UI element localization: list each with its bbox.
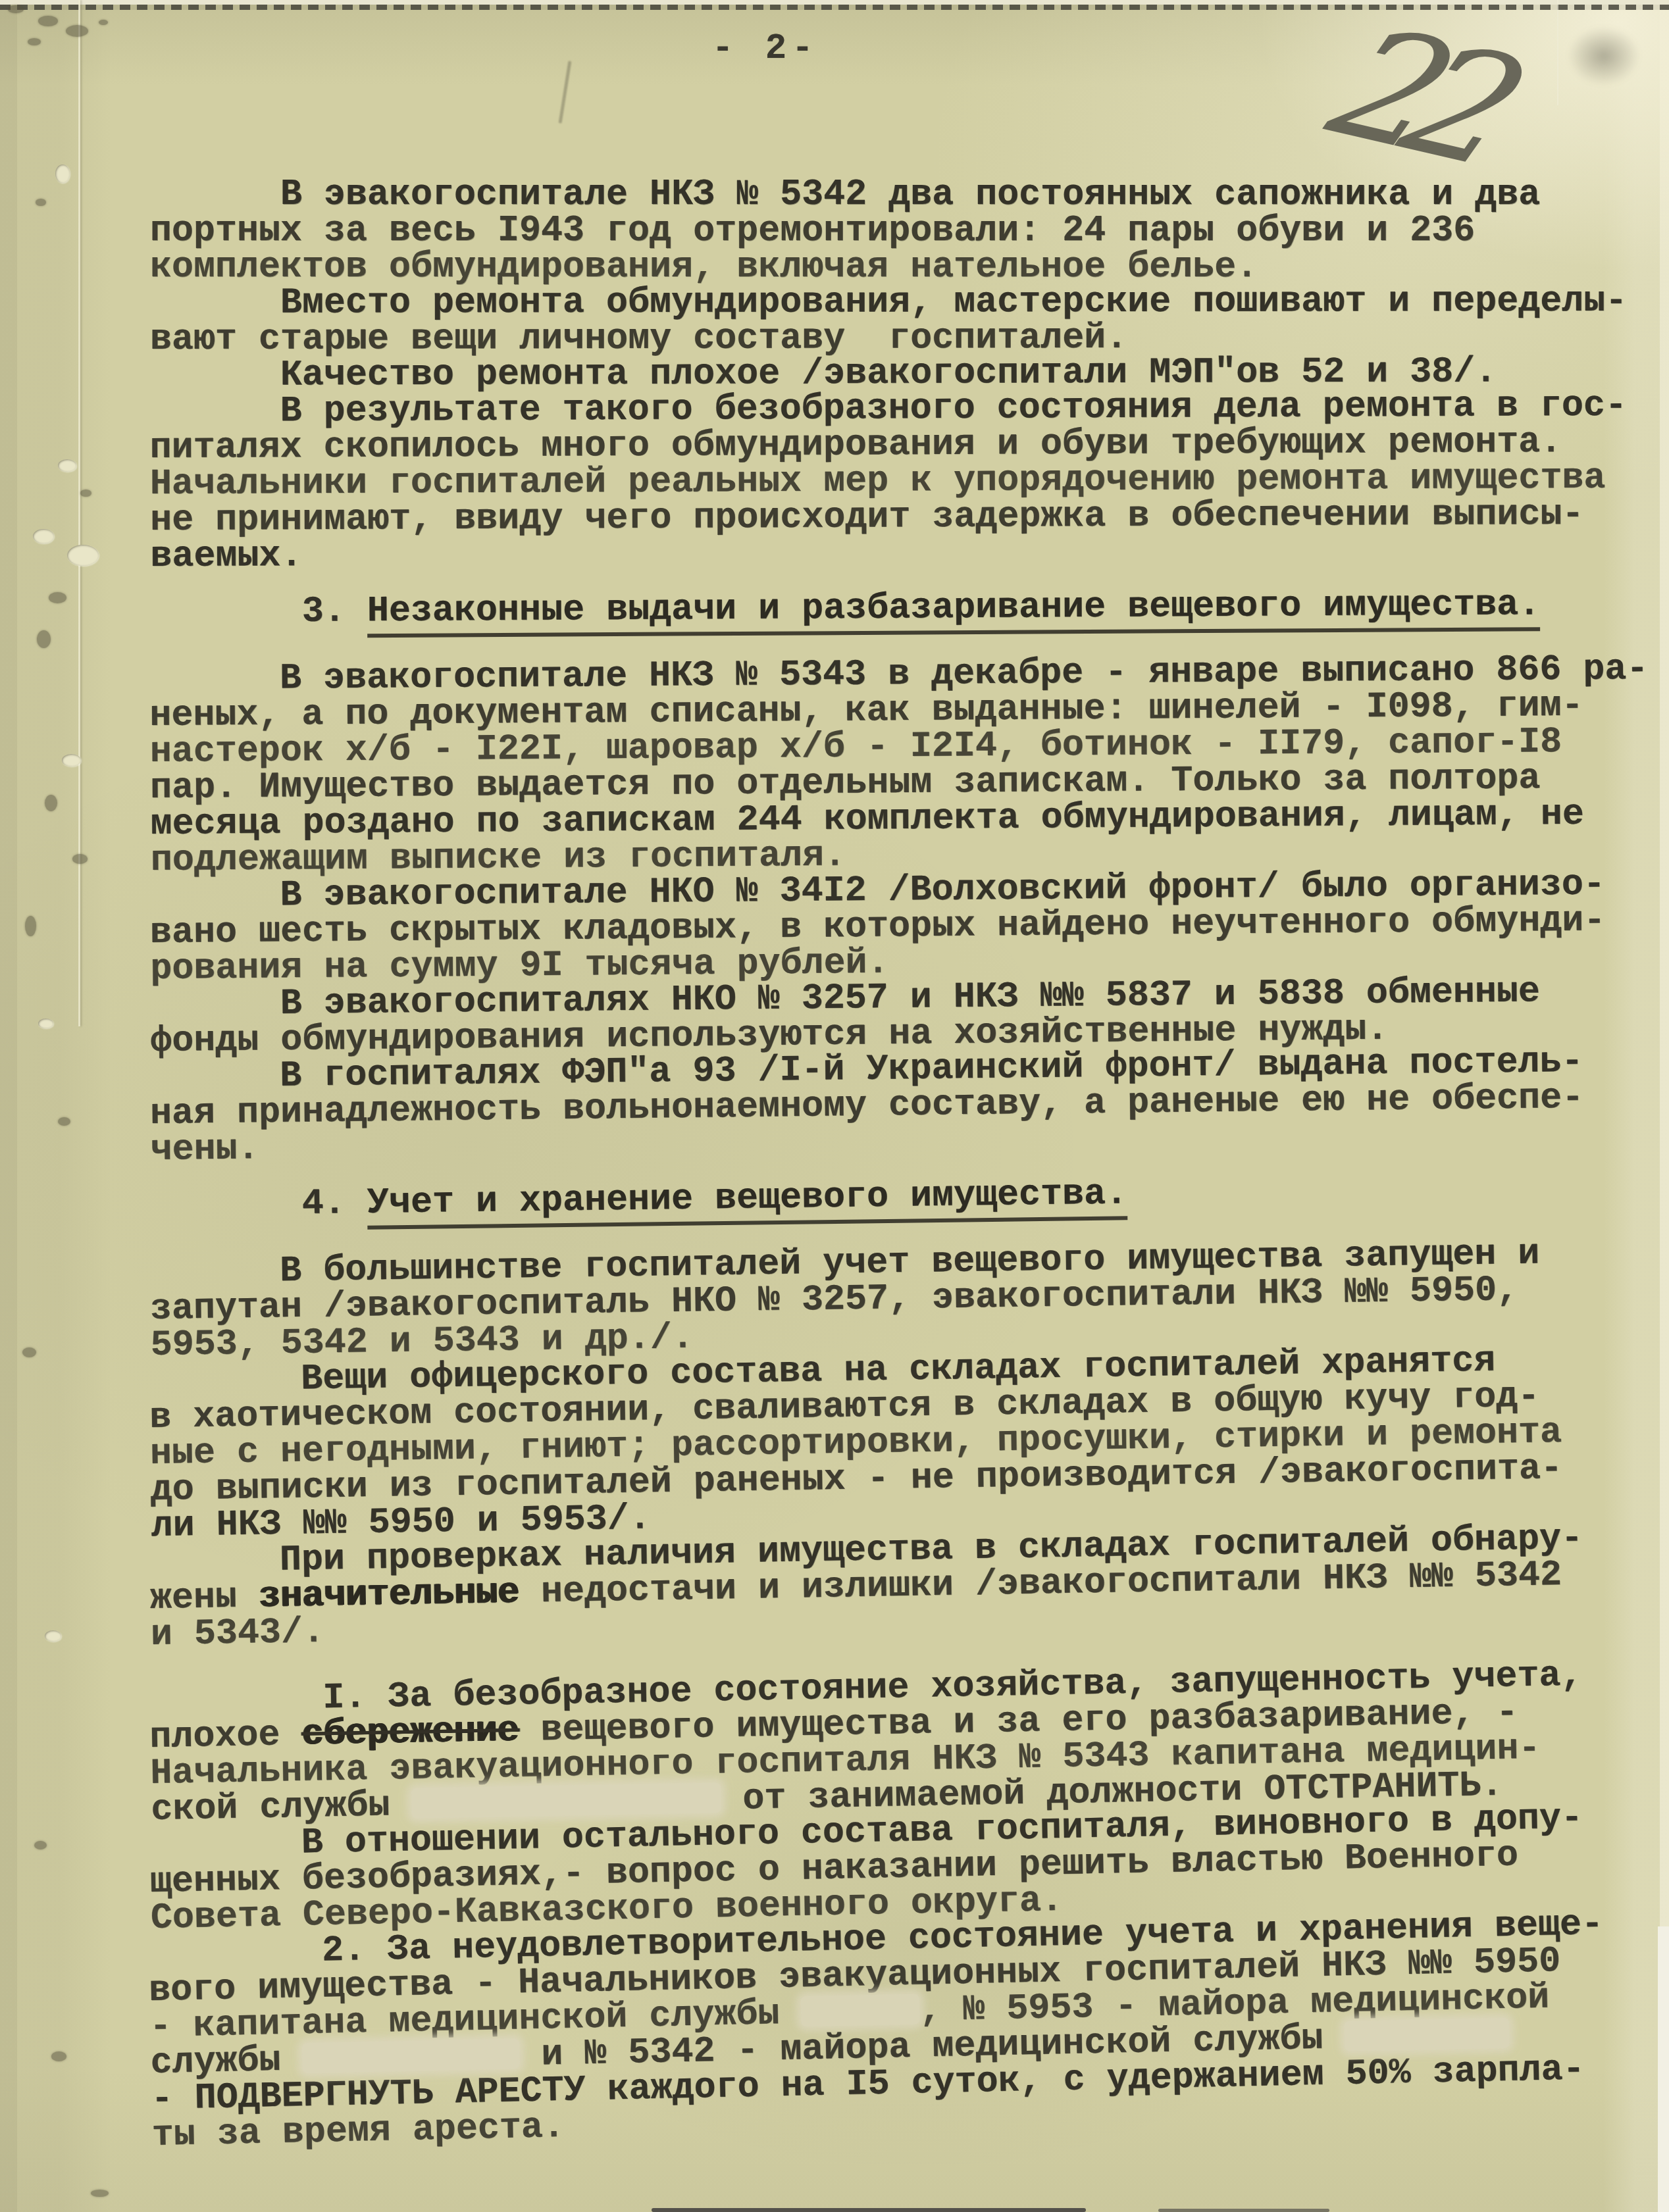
paper-speck [58, 1117, 70, 1126]
paper-hole [38, 1018, 53, 1028]
scan-edge-right [1658, 1926, 1669, 2212]
paper-speck [8, 5, 24, 13]
redaction-blank [411, 1782, 721, 1819]
paper-speck [37, 630, 51, 648]
redaction-blank [1345, 2018, 1510, 2051]
paper-fold-crease [78, 0, 80, 1026]
paper-speck [51, 2051, 66, 2061]
heading-line: 3.Незаконные выдачи и разбазаривание вещ… [150, 586, 1643, 639]
page-number: - 2- [712, 29, 819, 69]
text-line: Вместо ремонта обмундирования, мастерски… [150, 283, 1643, 321]
numbered-item: 2. За неудовлетворительное состояние уче… [148, 1905, 1645, 2153]
paper-speck [22, 1347, 36, 1357]
paragraph: В результате такого безобразного состоян… [149, 388, 1643, 574]
paragraph: В эвакогоспитале НКЗ № 5342 два постоянн… [150, 176, 1643, 285]
scan-edge-bottom [652, 2208, 1086, 2212]
paper-speck [38, 16, 58, 26]
scan-edge-bottom-2 [1158, 2209, 1329, 2212]
document-text: В эвакогоспитале НКЗ № 5342 два постоянн… [150, 176, 1643, 2153]
paper-speck [49, 592, 66, 603]
text-line: пар. Имущество выдается по отдельным зап… [150, 759, 1643, 806]
paper-speck [34, 1841, 47, 1849]
paragraph: Вещи офицерского состава на складах госп… [149, 1340, 1644, 1544]
paragraph: Вместо ремонта обмундирования, мастерски… [150, 283, 1643, 357]
section-heading: 4.Учет и хранение вещевого имущества. [150, 1169, 1643, 1232]
heading-text: Незаконные выдачи и разбазаривание вещев… [367, 586, 1541, 638]
paper-speck [99, 20, 108, 25]
text-line: портных за весь I943 год отремонтировали… [150, 213, 1643, 249]
paper-hole [67, 545, 99, 566]
paper-corner-crease [1557, 0, 1558, 105]
paragraph: В эвакогоспитале НКО № 34I2 /Волховский … [149, 866, 1643, 987]
paper-speck [28, 38, 41, 45]
handwritten-page-number: 22 [1312, 7, 1524, 184]
paper-hole [55, 164, 70, 183]
text-line: не принимают, ввиду чего происходит заде… [150, 495, 1643, 538]
paper-speck [80, 490, 91, 497]
paragraph: В эвакогоспитале НКЗ № 5343 в декабре - … [149, 651, 1643, 878]
text-line: В эвакогоспитале НКЗ № 5342 два постоянн… [150, 176, 1643, 213]
redaction-blank [302, 2038, 520, 2073]
heading-text: Учет и хранение вещевого имущества. [367, 1175, 1128, 1230]
ink-smudge [1568, 26, 1640, 86]
pencil-scratch [559, 61, 572, 124]
paper-hole [33, 529, 54, 543]
paragraph: В госпиталях ФЭП"а 93 /I-й Украинский фр… [149, 1043, 1643, 1168]
heading-number: 4. [302, 1182, 346, 1224]
paper-speck [72, 854, 88, 864]
heading-number: 3. [302, 590, 346, 632]
paper-speck [91, 2190, 109, 2197]
paper-hole [58, 459, 76, 472]
paper-hole [45, 1630, 61, 1642]
paper-speck [45, 795, 57, 811]
text-line: комплектов обмундирования, включая нател… [150, 249, 1643, 285]
paragraph: При проверках наличия имущества в склада… [149, 1519, 1643, 1653]
paper-speck [25, 916, 36, 936]
paper-speck [36, 199, 46, 206]
section-heading: 3.Незаконные выдачи и разбазаривание вещ… [150, 586, 1643, 639]
paper-speck [66, 25, 88, 37]
paper-hole [62, 754, 81, 767]
redaction-blank [801, 1994, 920, 2027]
document-page: - 2- 22 В эвакогоспитале НКЗ № 5342 два … [0, 0, 1669, 2212]
heading-line: 4.Учет и хранение вещевого имущества. [150, 1169, 1643, 1232]
